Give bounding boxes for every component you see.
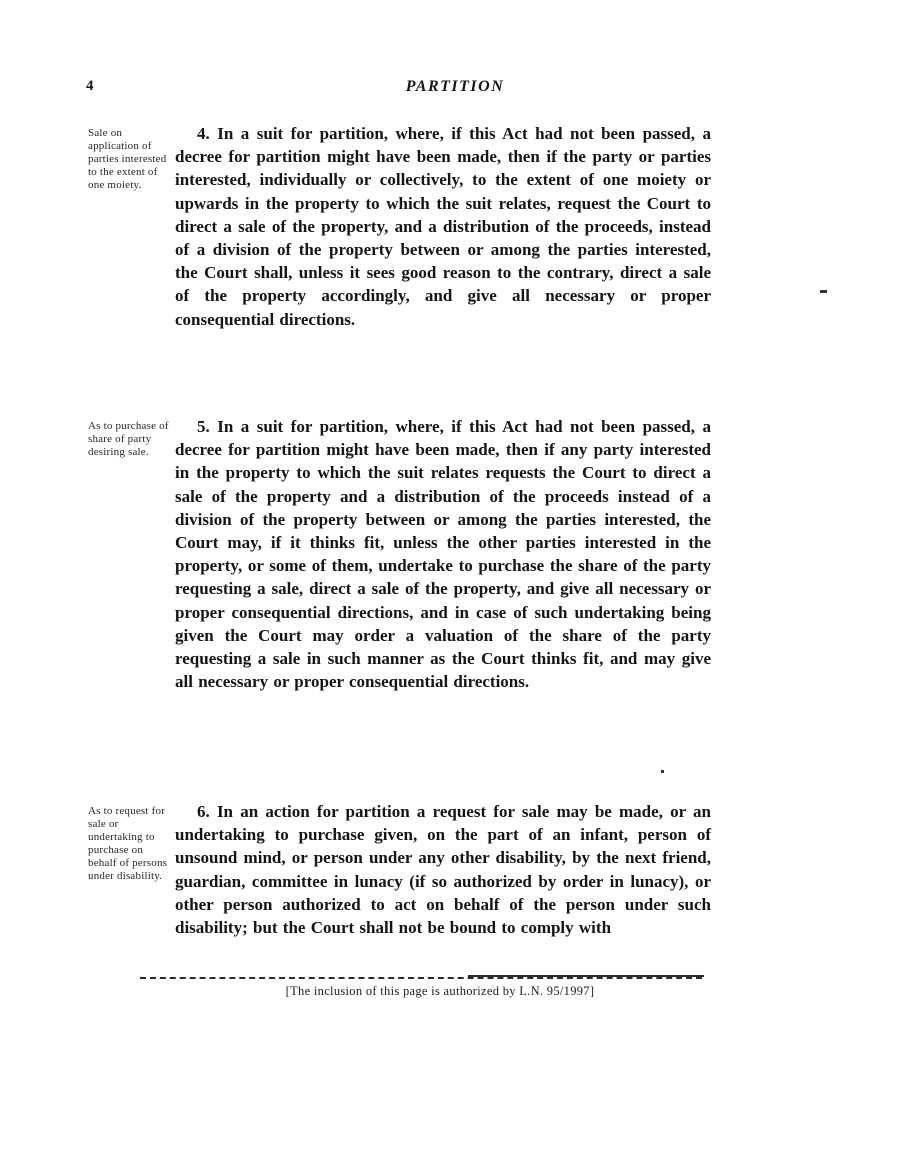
scanned-document-page: 4 PARTITION Sale on application of parti… <box>0 0 910 1167</box>
scan-artifact <box>820 290 827 293</box>
section-6-sidenote: As to request for sale or undertaking to… <box>88 805 170 883</box>
footer-divider-solid <box>468 975 704 977</box>
section-6: As to request for sale or undertaking to… <box>88 800 712 939</box>
page-title: PARTITION <box>0 78 910 96</box>
section-6-text: 6. In an action for partition a request … <box>175 800 711 939</box>
section-4-sidenote: Sale on application of parties intereste… <box>88 127 170 192</box>
scan-artifact <box>661 770 664 773</box>
footer-divider-dashed <box>140 977 702 979</box>
section-4-text: 4. In a suit for partition, where, if th… <box>175 122 711 331</box>
section-5: As to purchase of share of party desirin… <box>88 415 712 693</box>
page-footer-authorization: [The inclusion of this page is authorize… <box>0 984 880 999</box>
section-5-sidenote: As to purchase of share of party desirin… <box>88 420 170 459</box>
section-4: Sale on application of parties intereste… <box>88 122 712 331</box>
section-5-text: 5. In a suit for partition, where, if th… <box>175 415 711 693</box>
